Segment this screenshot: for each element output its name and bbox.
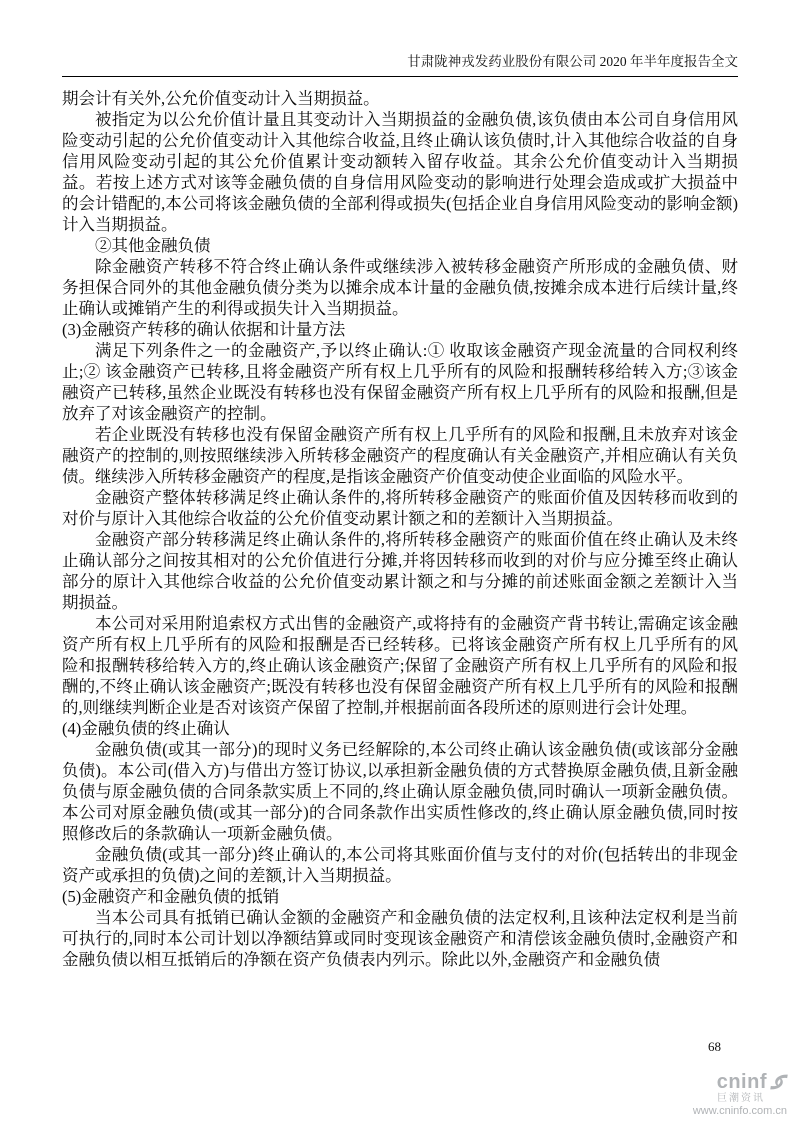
cninfo-swirl-icon <box>769 1072 789 1092</box>
cninfo-brand-text: cninf <box>717 1072 767 1092</box>
paragraph: 当本公司具有抵销已确认金额的金融资产和金融负债的法定权利,且该种法定权利是当前可… <box>62 907 738 970</box>
paragraph: 金融负债(或其一部分)终止确认的,本公司将其账面价值与支付的对价(包括转出的非现… <box>62 844 738 886</box>
paragraph: 金融负债(或其一部分)的现时义务已经解除的,本公司终止确认该金融负债(或该部分金… <box>62 739 738 844</box>
page-number: 68 <box>708 1039 721 1055</box>
paragraph: (3)金融资产转移的确认依据和计量方法 <box>62 319 738 340</box>
cninfo-watermark: cninf 巨潮资讯 www.cninfo.com.cn <box>619 1072 789 1117</box>
report-title: 甘肃陇神戎发药业股份有限公司 2020 年半年度报告全文 <box>407 54 738 69</box>
page-header: 甘肃陇神戎发药业股份有限公司 2020 年半年度报告全文 <box>62 50 738 77</box>
paragraph: 除金融资产转移不符合终止确认条件或继续涉入被转移金融资产所形成的金融负债、财务担… <box>62 256 738 319</box>
cninfo-url: www.cninfo.com.cn <box>619 1106 787 1117</box>
paragraph: (5)金融资产和金融负债的抵销 <box>62 886 738 907</box>
paragraph: 金融资产部分转移满足终止确认条件的,将所转移金融资产的账面价值在终止确认及未终止… <box>62 529 738 613</box>
cninfo-chinese-name: 巨潮资讯 <box>619 1094 765 1104</box>
paragraph: 被指定为以公允价值计量且其变动计入当期损益的金融负债,该负债由本公司自身信用风险… <box>62 109 738 235</box>
paragraph: 金融资产整体转移满足终止确认条件的,将所转移金融资产的账面价值及因转移而收到的对… <box>62 487 738 529</box>
watermark-brand-row: cninf <box>619 1072 789 1092</box>
paragraph: 本公司对采用附追索权方式出售的金融资产,或将持有的金融资产背书转让,需确定该金融… <box>62 613 738 718</box>
paragraph: (4)金融负债的终止确认 <box>62 718 738 739</box>
paragraph: 若企业既没有转移也没有保留金融资产所有权上几乎所有的风险和报酬,且未放弃对该金融… <box>62 424 738 487</box>
paragraph: 满足下列条件之一的金融资产,予以终止确认:① 收取该金融资产现金流量的合同权利终… <box>62 340 738 424</box>
report-page: 甘肃陇神戎发药业股份有限公司 2020 年半年度报告全文 期会计有关外,公允价值… <box>0 0 793 1122</box>
paragraph: ②其他金融负债 <box>62 235 738 256</box>
document-body: 期会计有关外,公允价值变动计入当期损益。被指定为以公允价值计量且其变动计入当期损… <box>62 88 738 970</box>
paragraph: 期会计有关外,公允价值变动计入当期损益。 <box>62 88 738 109</box>
